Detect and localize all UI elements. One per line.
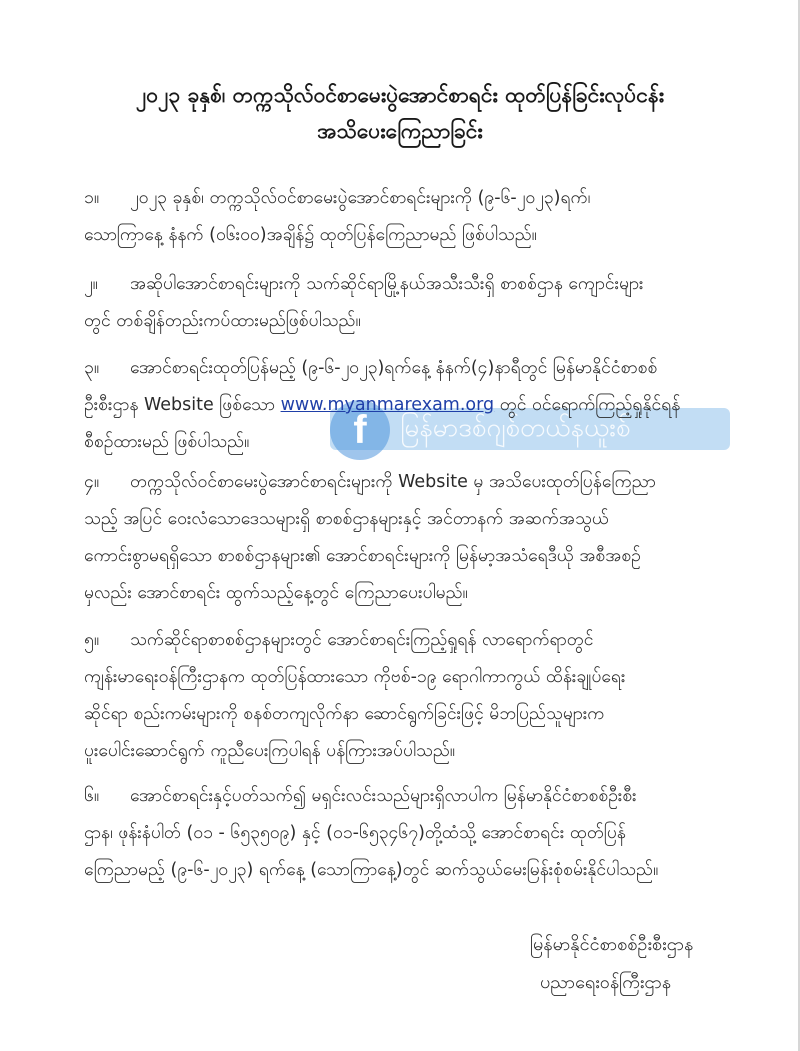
paragraph-text: တွင် တစ်ချိန်တည်းကပ်ထားမည်ဖြစ်ပါသည်။: [84, 303, 732, 340]
paragraph-number: ၆။: [84, 778, 130, 815]
paragraph-5: ၅။သက်ဆိုင်ရာစာစစ်ဌာနများတွင် အောင်စာရင်း…: [84, 622, 732, 770]
paragraph-text: ဌာန၊ ဖုန်းနံပါတ် (၀၁ - ၆၅၃၅၀၉) နှင့် (၀၁…: [84, 815, 732, 852]
paragraph-2: ၂။အဆိုပါအောင်စာရင်းများကို သက်ဆိုင်ရာမြိ…: [84, 266, 732, 340]
paragraph-number: ၅။: [84, 622, 130, 659]
paragraph-6: ၆။အောင်စာရင်းနှင့်ပတ်သက်၍ မရှင်းလင်းသည်မ…: [84, 778, 732, 889]
paragraph-4: ၄။တက္ကသိုလ်ဝင်စာမေးပွဲအောင်စာရင်းများကို…: [84, 464, 732, 612]
paragraph-3: ၃။အောင်စာရင်းထုတ်ပြန်မည့် (၉-၆-၂၀၂၃)ရက်န…: [84, 350, 732, 461]
exam-website-link[interactable]: www.myanmarexam.org: [281, 395, 495, 415]
signature-department: မြန်မာနိုင်ငံစာစစ်ဦးစီးဌာန: [0, 932, 800, 959]
paragraph-text: ဆိုင်ရာ စည်းကမ်းများကို စနစ်တကျလိုက်နာ ဆ…: [84, 696, 732, 733]
paragraph-number: ၁။: [84, 180, 130, 217]
paragraph-1: ၁။၂၀၂၃ ခုနှစ်၊ တက္ကသိုလ်ဝင်စာမေးပွဲအောင်…: [84, 180, 732, 254]
paragraph-text: မှလည်း အောင်စာရင်း ထွက်သည့်နေ့တွင် ကြေညာ…: [84, 575, 732, 612]
paragraph-text: အောင်စာရင်းနှင့်ပတ်သက်၍ မရှင်းလင်းသည်မျာ…: [130, 786, 637, 806]
paragraph-text: အောင်စာရင်းထုတ်ပြန်မည့် (၉-၆-၂၀၂၃)ရက်နေ့…: [130, 358, 657, 378]
paragraph-number: ၂။: [84, 266, 130, 303]
paragraph-text: စီစဉ်ထားမည် ဖြစ်ပါသည်။: [84, 424, 732, 461]
paragraph-text: သက်ဆိုင်ရာစာစစ်ဌာနများတွင် အောင်စာရင်းကြ…: [130, 630, 594, 650]
paragraph-text: တွင် ဝင်ရောက်ကြည့်ရှုနိုင်ရန်: [500, 395, 681, 415]
paragraph-text: အဆိုပါအောင်စာရင်းများကို သက်ဆိုင်ရာမြို့…: [130, 274, 644, 294]
paragraph-text: ကောင်းစွာမရရှိသော စာစစ်ဌာနများ၏ အောင်စာရ…: [84, 538, 732, 575]
document-subtitle: အသိပေးကြေညာခြင်း: [0, 118, 800, 149]
paragraph-text: သောကြာနေ့ နံနက် (၀၆း၀၀)အချိန်၌ ထုတ်ပြန်က…: [84, 217, 732, 254]
paragraph-text: ပူးပေါင်းဆောင်ရွက် ကူညီပေးကြပါရန် ပန်ကြာ…: [84, 733, 732, 770]
paragraph-number: ၄။: [84, 464, 130, 501]
paragraph-text: ၂၀၂၃ ခုနှစ်၊ တက္ကသိုလ်ဝင်စာမေးပွဲအောင်စာ…: [130, 188, 590, 208]
paragraph-number: ၃။: [84, 350, 130, 387]
paragraph-text: ကြေညာမည့် (၉-၆-၂၀၂၃) ရက်နေ့ (သောကြာနေ့)တ…: [84, 852, 732, 889]
document-title: ၂၀၂၃ ခုနှစ်၊ တက္ကသိုလ်ဝင်စာမေးပွဲအောင်စာ…: [0, 82, 800, 113]
signature-ministry: ပညာရေးဝန်ကြီးဌာန: [0, 970, 800, 997]
paragraph-text: သည့် အပြင် ဝေးလံသောဒေသများရှိ စာစစ်ဌာနမျ…: [84, 501, 732, 538]
paragraph-text: ဦးစီးဌာန Website ဖြစ်သော: [84, 395, 275, 415]
paragraph-text: ကျန်းမာရေးဝန်ကြီးဌာနက ထုတ်ပြန်ထားသော ကို…: [84, 659, 732, 696]
paragraph-text: တက္ကသိုလ်ဝင်စာမေးပွဲအောင်စာရင်းများကို W…: [130, 472, 656, 492]
